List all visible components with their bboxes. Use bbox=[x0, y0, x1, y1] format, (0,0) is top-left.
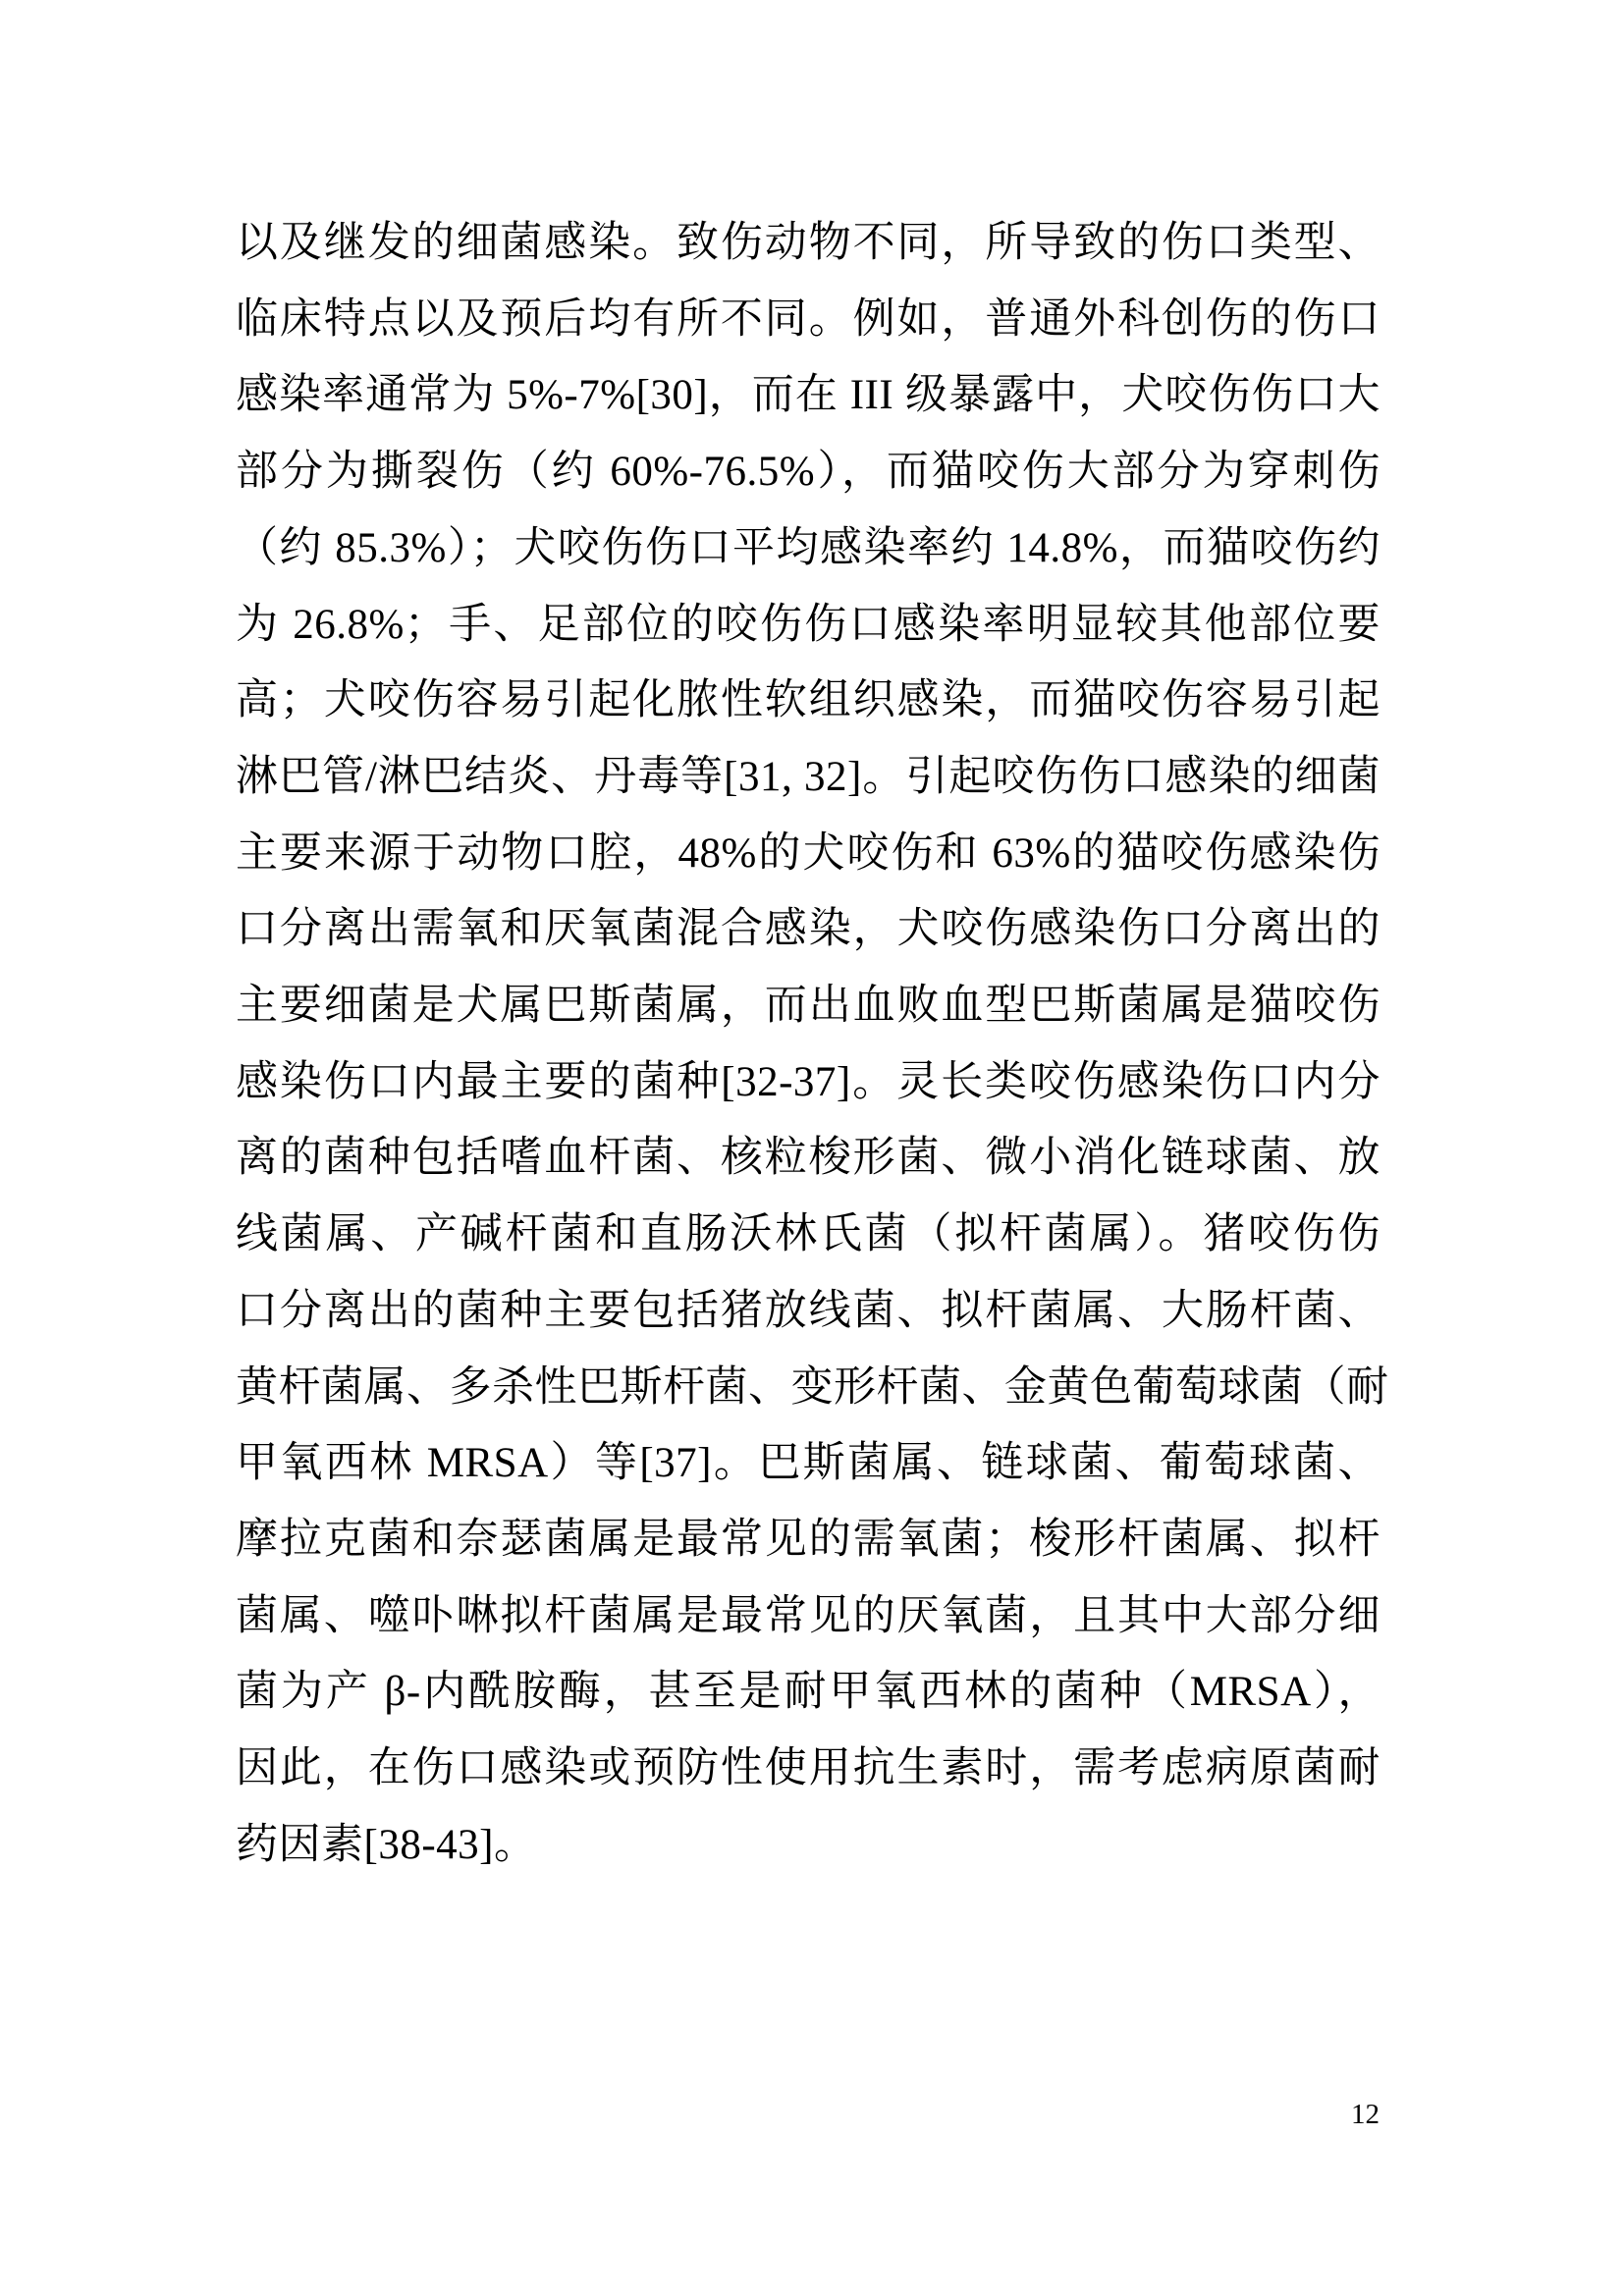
page-number: 12 bbox=[1351, 2097, 1380, 2132]
text-line: （约 85.3%）；犬咬伤伤口平均感染率约 14.8%，而猫咬伤约 bbox=[236, 510, 1380, 587]
text-line: 临床特点以及预后均有所不同。例如，普通外科创伤的伤口 bbox=[236, 282, 1380, 358]
text-line: 为 26.8%；手、足部位的咬伤伤口感染率明显较其他部位要 bbox=[236, 587, 1380, 664]
text-line: 淋巴管/淋巴结炎、丹毒等[31, 32]。引起咬伤伤口感染的细菌 bbox=[236, 739, 1380, 816]
text-line: 感染率通常为 5%-7%[30]，而在 III 级暴露中，犬咬伤伤口大 bbox=[236, 357, 1380, 434]
text-line: 主要来源于动物口腔，48%的犬咬伤和 63%的猫咬伤感染伤 bbox=[236, 816, 1380, 892]
text-line: 黄杆菌属、多杀性巴斯杆菌、变形杆菌、金黄色葡萄球菌（耐 bbox=[236, 1350, 1380, 1426]
text-line: 以及继发的细菌感染。致伤动物不同，所导致的伤口类型、 bbox=[236, 205, 1380, 282]
text-line: 药因素[38-43]。 bbox=[236, 1807, 1380, 1884]
body-text: 以及继发的细菌感染。致伤动物不同，所导致的伤口类型、 临床特点以及预后均有所不同… bbox=[236, 205, 1380, 1883]
text-line: 菌属、噬卟啉拟杆菌属是最常见的厌氧菌，且其中大部分细 bbox=[236, 1578, 1380, 1655]
text-line: 因此，在伤口感染或预防性使用抗生素时，需考虑病原菌耐 bbox=[236, 1731, 1380, 1807]
text-line: 部分为撕裂伤（约 60%-76.5%），而猫咬伤大部分为穿刺伤 bbox=[236, 434, 1380, 510]
text-line: 口分离出的菌种主要包括猪放线菌、拟杆菌属、大肠杆菌、 bbox=[236, 1273, 1380, 1350]
text-line: 摩拉克菌和奈瑟菌属是最常见的需氧菌；梭形杆菌属、拟杆 bbox=[236, 1502, 1380, 1578]
text-line: 感染伤口内最主要的菌种[32-37]。灵长类咬伤感染伤口内分 bbox=[236, 1044, 1380, 1121]
text-line: 高；犬咬伤容易引起化脓性软组织感染，而猫咬伤容易引起 bbox=[236, 663, 1380, 739]
text-line: 口分离出需氧和厌氧菌混合感染，犬咬伤感染伤口分离出的 bbox=[236, 891, 1380, 968]
text-line: 甲氧西林 MRSA）等[37]。巴斯菌属、链球菌、葡萄球菌、 bbox=[236, 1425, 1380, 1502]
document-page: 以及继发的细菌感染。致伤动物不同，所导致的伤口类型、 临床特点以及预后均有所不同… bbox=[0, 0, 1624, 2296]
text-line: 离的菌种包括嗜血杆菌、核粒梭形菌、微小消化链球菌、放 bbox=[236, 1120, 1380, 1197]
text-line: 菌为产 β-内酰胺酶，甚至是耐甲氧西林的菌种（MRSA）， bbox=[236, 1654, 1380, 1731]
text-line: 线菌属、产碱杆菌和直肠沃林氏菌（拟杆菌属）。猪咬伤伤 bbox=[236, 1197, 1380, 1273]
text-line: 主要细菌是犬属巴斯菌属，而出血败血型巴斯菌属是猫咬伤 bbox=[236, 968, 1380, 1044]
